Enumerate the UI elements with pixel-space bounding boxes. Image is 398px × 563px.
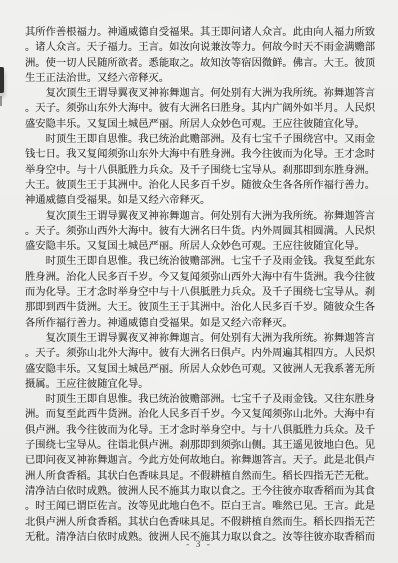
text-line: 其所作善根福力。神通威德自受福果。其王即问诸人众言。此由向人福力所致 — [25, 25, 377, 40]
text-line: 。天子。须弥山东外大海中。彼有大洲名曰胜身。其内广阔外如半月。人民炽 — [25, 101, 377, 116]
text-line: 。时王闻已谓臣佐言。汝等见此地白色不。臣白王言。唯然已见。王言。此是 — [25, 499, 377, 514]
text-line: 清净洁白依时成熟。彼洲人民不施其力取以食之。王今往彼亦取香稻而为其食 — [25, 484, 377, 499]
text-block: 其所作善根福力。神通威德自受福果。其王即问诸人众言。此由向人福力所致。诸人众言。… — [25, 25, 377, 545]
scan-edge-artifact — [0, 67, 4, 93]
text-line: 洲人所食香稻。其状白色香味具足。不假耕植自然而生。稻长四指无芒无秕。 — [25, 469, 377, 484]
text-line: 复次顶生王谓导翼夜叉神祢舞迦言。何处别有大洲为我所统。祢舞迦答言 — [25, 331, 377, 346]
page-number: - 3 - — [0, 540, 398, 550]
text-line: 生王正法治世。又经六帝释灭。 — [25, 71, 377, 86]
text-line: 俱卢洲。我今往彼而为化导。王才念时举身空中。与十八俱胝胜力兵众。及千 — [25, 423, 377, 438]
text-line: 摄属。王应往彼随宜化导。 — [25, 377, 377, 392]
text-line: 盛安隐丰乐。又复国土城邑严丽。所居人众妙色可观。王应往彼随宜化导。 — [25, 117, 377, 132]
text-line: 胜身洲。治化人民多百千岁。今又复闻须弥山西外大海中有牛货洲。我今往彼 — [25, 270, 377, 285]
text-line: 各所作福行善力。神通威德自受福果。如是又经六帝释灭。 — [25, 316, 377, 331]
text-line: 洲。使一切人民随所欲者。悉能取之。故知汝等宿因微鲜。佛言。大王。彼顶 — [25, 56, 377, 71]
text-line: 。天子。须弥山西外大海中。彼有大洲名曰牛货。内外周圆其相圆满。人民炽 — [25, 224, 377, 239]
text-line: 时顶生王即自思惟。我已统治此赡部洲。及有七宝千子围绕宫中。又雨金 — [25, 132, 377, 147]
text-line: 已即问夜叉神祢舞迦言。今此方处何故地白。祢舞迦答言。天子。此是北俱卢 — [25, 453, 377, 468]
scan-edge-smudge — [0, 96, 2, 106]
text-line: 盛安隐丰乐。又复国土城邑严丽。所居人众妙色可观。王应往彼随宜化导。 — [25, 239, 377, 254]
text-line: 那即到西牛货洲。大王。彼顶生王于其洲中。治化人民多百千岁。随彼众生各 — [25, 300, 377, 315]
text-line: 复次顶生王谓导翼夜叉神祢舞迦言。何处别有大洲为我所统。祢舞迦答言 — [25, 86, 377, 101]
text-line: 神通威德自受福果。如是又经六帝释灭。 — [25, 193, 377, 208]
text-line: 。天子。须弥山北外大海中。彼有大洲名曰俱卢。内外周遍其相四方。人民炽 — [25, 346, 377, 361]
text-line: 。诸人众言。天子福力。王言。如汝向说兼汝等力。何故今时天不雨金满赡部 — [25, 40, 377, 55]
document-page: 其所作善根福力。神通威德自受福果。其王即问诸人众言。此由向人福力所致。诸人众言。… — [0, 0, 398, 563]
text-line: 举身空中。与十八俱胝胜力兵众。及千子围绕七宝导从。刹那即到东胜身洲。 — [25, 163, 377, 178]
text-line: 洲。而复至此西牛货洲。治化人民多百千岁。今又复闻须弥山北外。大海中有 — [25, 407, 377, 422]
text-line: 而为化导。王才念时举身空中与十八俱胝胜力兵众。及千子围绕七宝导从。刹 — [25, 285, 377, 300]
text-line: 大王。彼顶生王于其洲中。治化人民多百千岁。随彼众生各各所作福行善力。 — [25, 178, 377, 193]
text-line: 时顶生王即自思惟。我已统治彼赡部洲。七宝千子及雨金钱。我复至此东 — [25, 254, 377, 269]
text-line: 时顶生王即自思惟。我已统治彼赡部洲。七宝千子及雨金钱。又往东胜身 — [25, 392, 377, 407]
text-line: 复次顶生王谓导翼夜叉神祢舞迦言。何处别有大洲为我所统。祢舞迦答言 — [25, 209, 377, 224]
text-line: 子围绕七宝导从。往诣北俱卢洲。刹那即到须弥山侧。其王遥见彼地白色。见 — [25, 438, 377, 453]
text-line: 盛安隐丰乐。又复国土城邑严丽。所居人众妙色可观。又彼洲人无我系著无所 — [25, 362, 377, 377]
text-line: 北俱卢洲人所食香稻。其状白色香味具足。不假耕植自然而生。稻长四指无芒 — [25, 515, 377, 530]
text-line: 钱七日。我又复闻须弥山东外大海中有胜身洲。我今往彼而为化导。王才念时 — [25, 147, 377, 162]
